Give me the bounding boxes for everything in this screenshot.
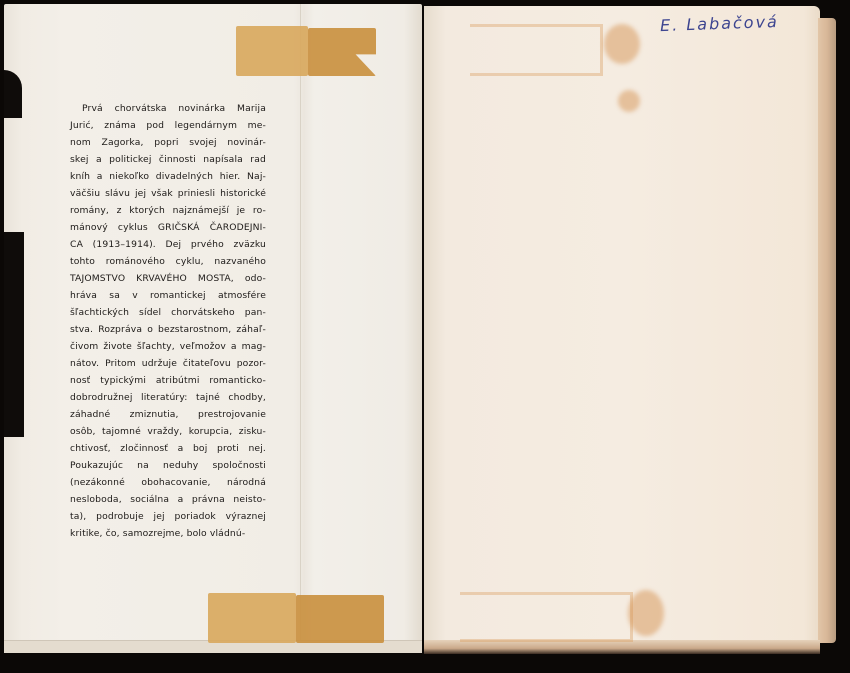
blurb-line: väčšiu slávu jej však priniesli historic…: [70, 185, 266, 202]
blurb-line: Poukazujúc na neduhy spoločnosti: [70, 457, 266, 474]
blurb-line: hráva sa v romantickej atmosfére: [70, 287, 266, 304]
stain-blot: [628, 590, 664, 636]
torn-edge: [4, 232, 24, 437]
blurb-line: kritike, čo, samozrejme, bolo vládnú-: [70, 525, 266, 542]
page-edges: [818, 18, 836, 643]
blurb-line: romány, z ktorých najznámejší je ro-: [70, 202, 266, 219]
blurb-line: (nezákonné obohacovanie, národná: [70, 474, 266, 491]
flap-fold-line: [300, 4, 301, 649]
tape-stain: [470, 24, 603, 76]
stain-blot: [618, 90, 640, 112]
blurb-line: Prvá chorvátska novinárka Marija: [70, 100, 266, 117]
blurb-line: osôb, tajomné vraždy, korupcia, zisku-: [70, 423, 266, 440]
tape-piece: [308, 28, 376, 76]
blurb-line: CA (1913–1914). Dej prvého zväzku: [70, 236, 266, 253]
tape-piece: [296, 595, 384, 643]
page-bottom-edge: [424, 640, 820, 654]
stain-blot: [604, 24, 640, 64]
blurb-line: mánový cyklus GRIČSKÁ ČARODEJNI-: [70, 219, 266, 236]
blurb-line: záhadné zmiznutia, prestrojovanie: [70, 406, 266, 423]
tape-piece: [208, 593, 296, 643]
blurb-line: tohto románového cyklu, nazvaného: [70, 253, 266, 270]
blurb-line: ta), podrobuje jej poriadok výraznej: [70, 508, 266, 525]
blurb-line: chtivosť, zločinnosť a boj proti nej.: [70, 440, 266, 457]
flap-blurb-text: Prvá chorvátska novinárka Marija Jurić, …: [70, 100, 266, 542]
blurb-line: skej a politickej činnosti napísala rad: [70, 151, 266, 168]
blurb-line: TAJOMSTVO KRVAVÉHO MOSTA, odo-: [70, 270, 266, 287]
blurb-line: nesloboda, sociálna a právna neisto-: [70, 491, 266, 508]
blurb-line: čivom živote šľachty, veľmožov a mag-: [70, 338, 266, 355]
blurb-line: Jurić, známa pod legendárnym me-: [70, 117, 266, 134]
blurb-line: nom Zagorka, popri svojej novinár-: [70, 134, 266, 151]
tape-piece: [236, 26, 308, 76]
tape-stain: [460, 592, 633, 642]
blurb-line: kníh a niekoľko divadelných hier. Naj-: [70, 168, 266, 185]
blurb-line: nosť typickými atribútmi romanticko-: [70, 372, 266, 389]
book-spread: Prvá chorvátska novinárka Marija Jurić, …: [0, 0, 850, 673]
blurb-line: stva. Rozpráva o bezstarostnom, záhaľ-: [70, 321, 266, 338]
blurb-line: dobrodružnej literatúry: tajné chodby,: [70, 389, 266, 406]
blurb-line: šľachtických sídel chorvátskeho pan-: [70, 304, 266, 321]
blurb-line: nátov. Pritom udržuje čitateľovu pozor-: [70, 355, 266, 372]
